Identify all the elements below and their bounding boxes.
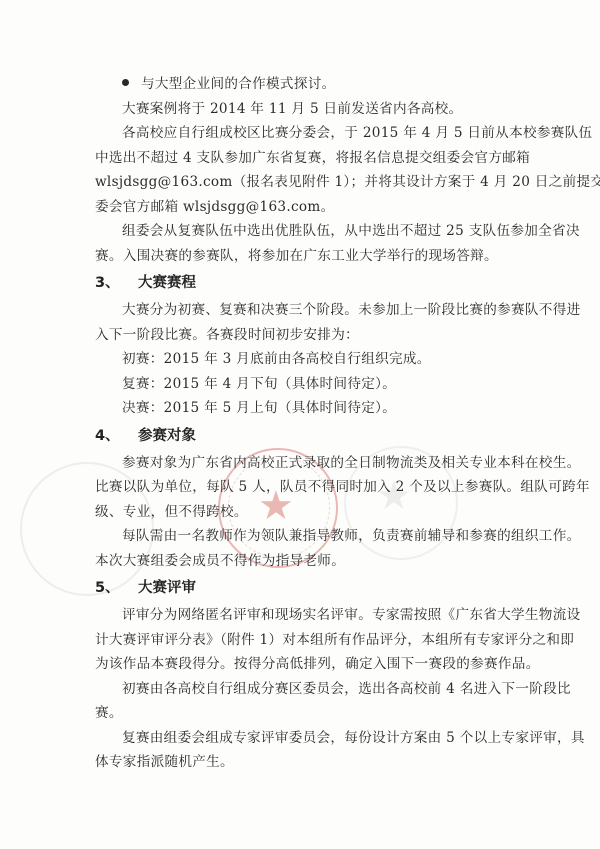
paragraph-semifinal-judging: 复赛由组委会组成专家评审委员会，每份设计方案由 5 个以上专家评审，具 体专家指…: [95, 726, 531, 775]
paragraph-preliminary-judging: 初赛由各高校自行组成分赛区委员会，选出各高校前 4 名进入下一阶段比 赛。: [95, 677, 531, 726]
schedule-preliminary: 初赛：2015 年 3 月底前由各高校自行组织完成。: [95, 347, 531, 372]
section-heading-schedule: 3、大赛赛程: [95, 268, 531, 298]
schedule-final: 决赛：2015 年 5 月上旬（具体时间待定）。: [95, 396, 531, 421]
paragraph-campus-committee: 各高校应自行组成校区比赛分委会，于 2015 年 4 月 5 日前从本校参赛队伍…: [95, 121, 531, 219]
paragraph-stages: 大赛分为初赛、复赛和决赛三个阶段。未参加上一阶段比赛的参赛队不得进 入下一阶段比…: [95, 298, 531, 347]
section-heading-judging: 5、大赛评审: [95, 573, 531, 603]
bullet-item: 与大型企业间的合作模式探讨。: [95, 72, 531, 97]
paragraph-final-selection: 组委会从复赛队伍中选出优胜队伍，从中选出不超过 25 支队伍参加全省决 赛。入围…: [95, 219, 531, 268]
paragraph-case-release: 大赛案例将于 2014 年 11 月 5 日前发送省内各高校。: [95, 97, 531, 122]
paragraph-advisor: 每队需由一名教师作为领队兼指导教师，负责赛前辅导和参赛的组织工作。 本次大赛组委…: [95, 524, 531, 573]
section-heading-participants: 4、参赛对象: [95, 421, 531, 451]
scanned-page: ★ ★ 与大型企业间的合作模式探讨。 大赛案例将于 2014 年 11 月 5 …: [0, 0, 600, 849]
schedule-semifinal: 复赛：2015 年 4 月下旬（具体时间待定）。: [95, 372, 531, 397]
bullet-dot-icon: [122, 79, 129, 86]
paragraph-judging-method: 评审分为网络匿名评审和现场实名评审。专家需按照《广东省大学生物流设 计大赛评审评…: [95, 603, 531, 677]
document-body: 与大型企业间的合作模式探讨。 大赛案例将于 2014 年 11 月 5 日前发送…: [95, 72, 531, 775]
paragraph-eligibility: 参赛对象为广东省内高校正式录取的全日制物流类及相关专业本科在校生。 比赛以队为单…: [95, 451, 531, 525]
